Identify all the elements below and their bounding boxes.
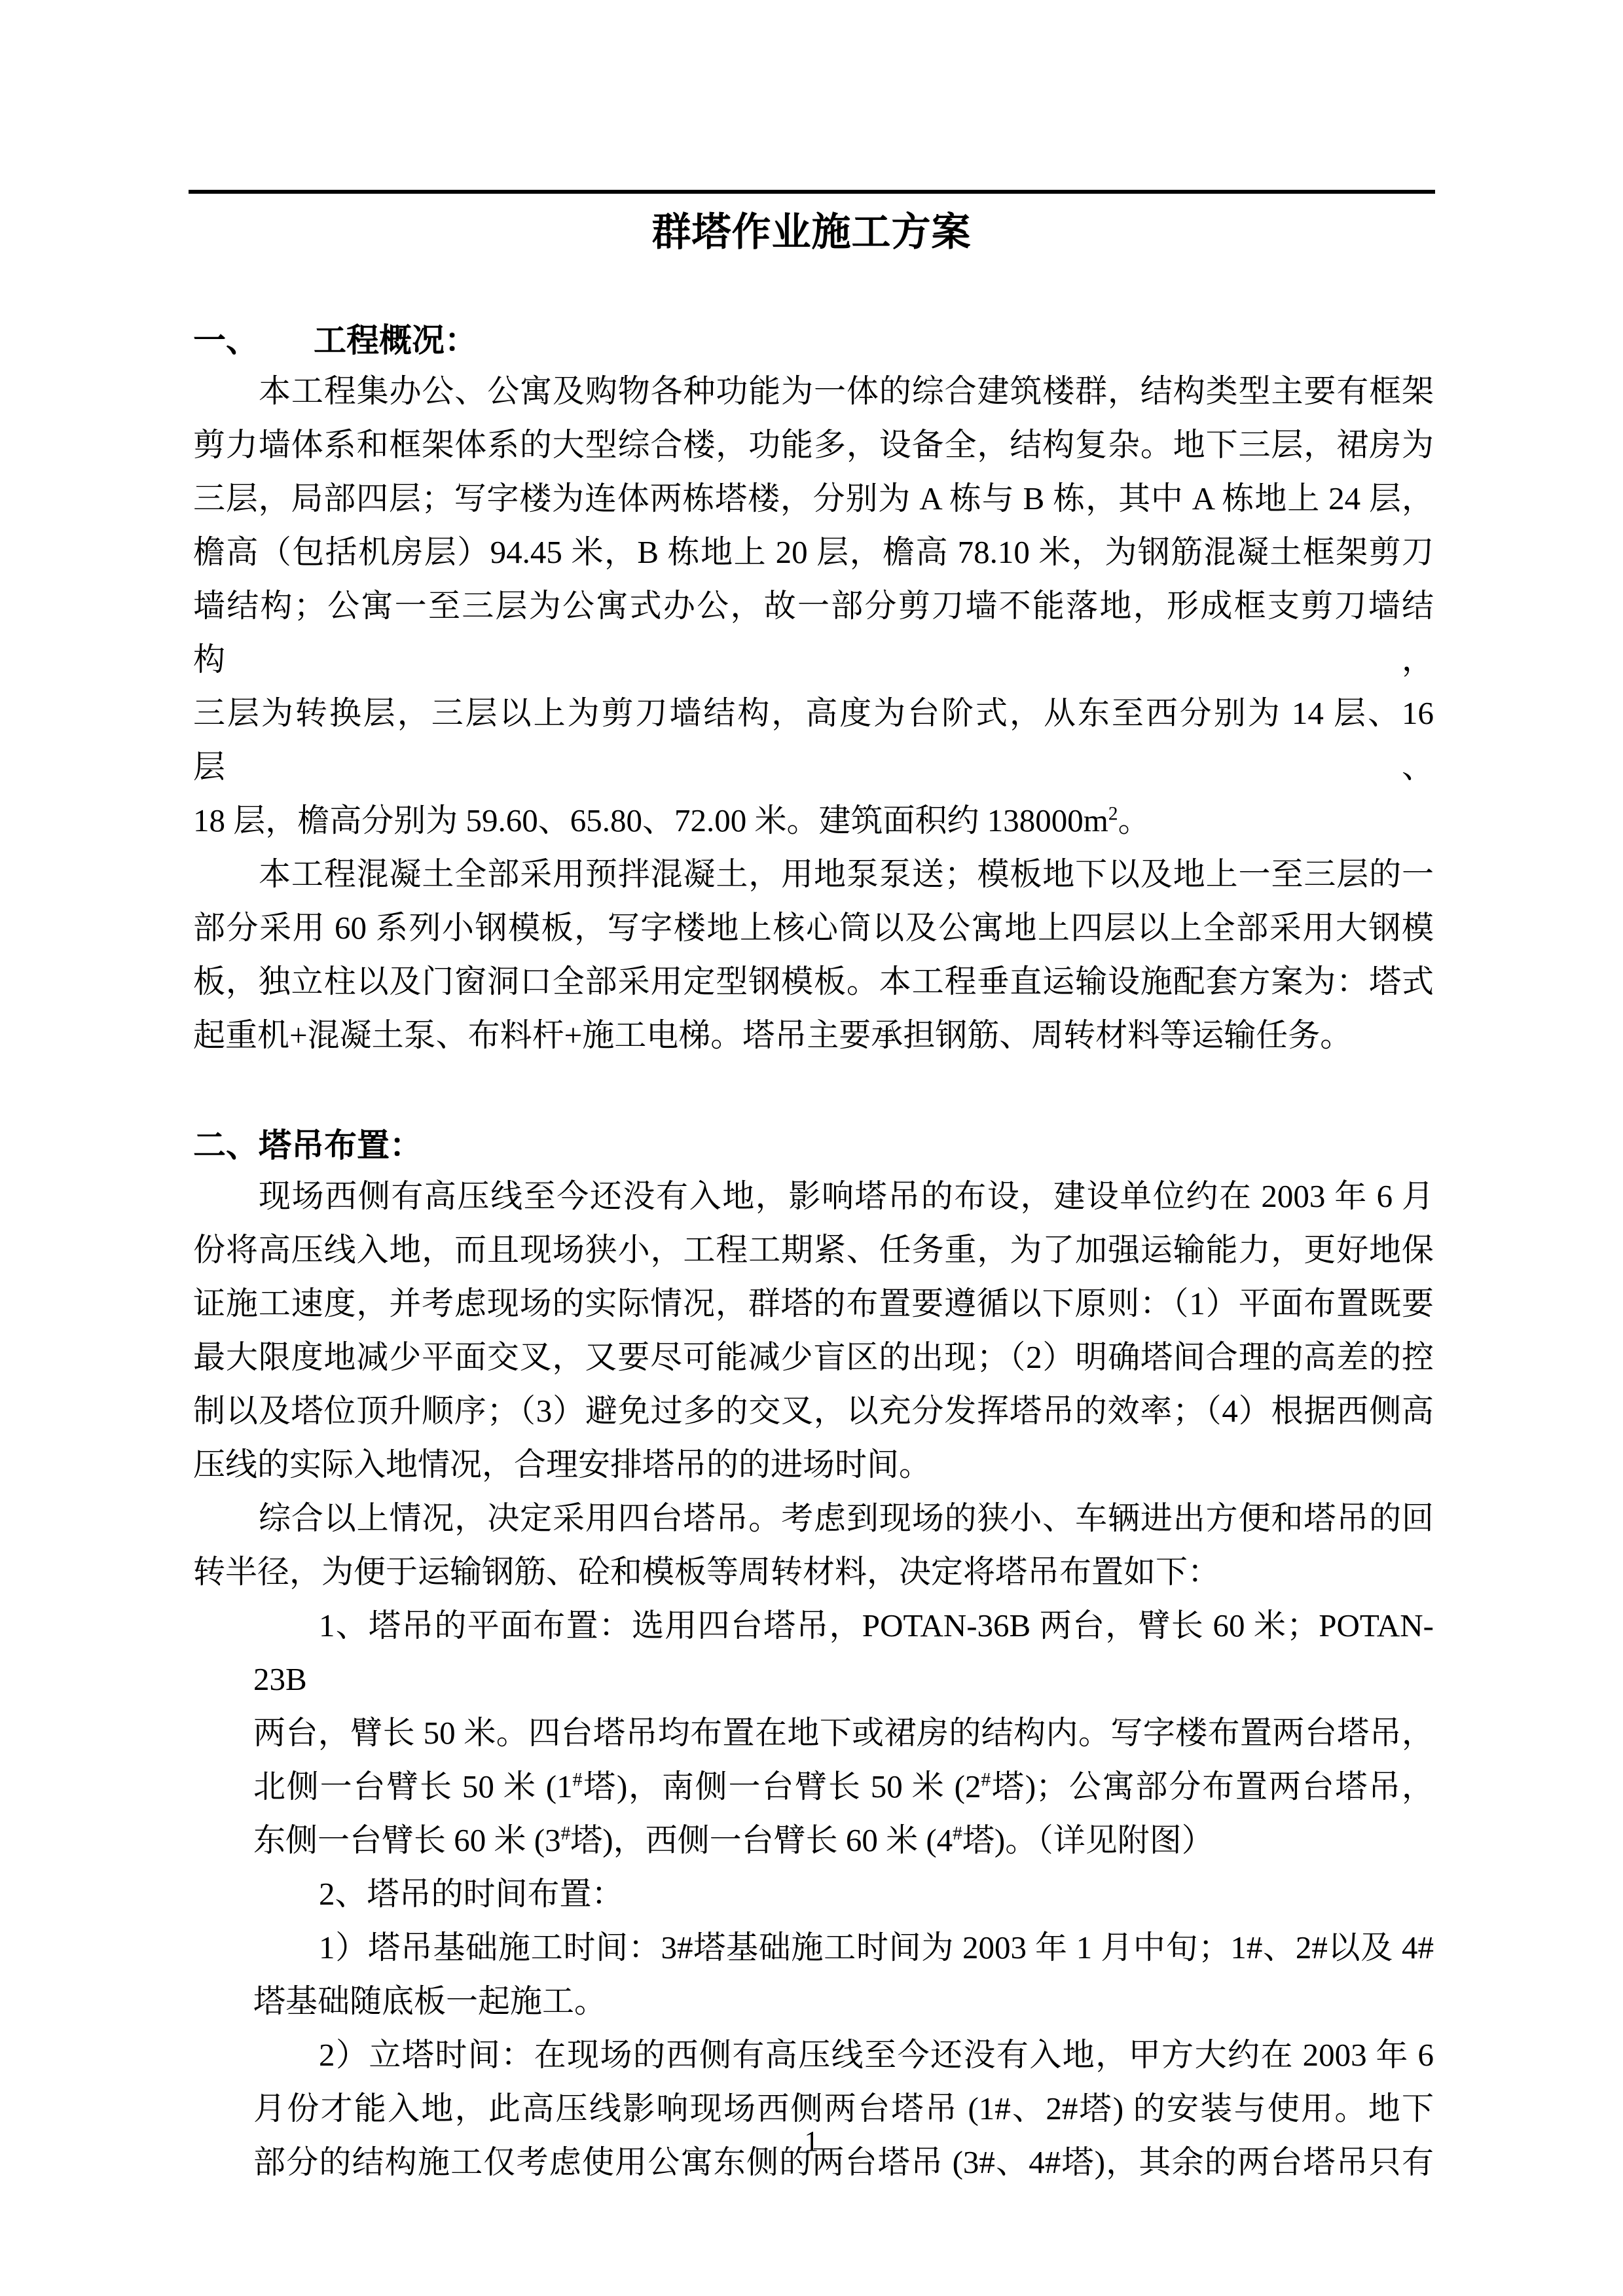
paragraph-line: 三层，局部四层；写字楼为连体两栋塔楼，分别为 A 栋与 B 栋，其中 A 栋地上… <box>193 472 1434 526</box>
paragraph-line: 2、塔吊的时间布置： <box>193 1867 1434 1921</box>
paragraph: 2、塔吊的时间布置： <box>193 1867 1434 1921</box>
paragraph-line: 墙结构；公寓一至三层为公寓式办公，故一部分剪刀墙不能落地，形成框支剪刀墙结构， <box>193 579 1434 687</box>
section-number: 一、 <box>193 321 314 359</box>
section-heading: 一、工程概况： <box>193 321 1434 359</box>
section: 一、工程概况：本工程集办公、公寓及购物各种功能为一体的综合建筑楼群，结构类型主要… <box>193 321 1434 1062</box>
page-number: 1 <box>0 2125 1623 2159</box>
paragraph-line: 本工程集办公、公寓及购物各种功能为一体的综合建筑楼群，结构类型主要有框架 <box>193 365 1434 418</box>
paragraph-line: 18 层，檐高分别为 59.60、65.80、72.00 米。建筑面积约 138… <box>193 794 1434 848</box>
paragraph-line: 板，独立柱以及门窗洞口全部采用定型钢模板。本工程垂直运输设施配套方案为：塔式 <box>193 955 1434 1009</box>
paragraph-line: 2）立塔时间：在现场的西侧有高压线至今还没有入地，甲方大约在 2003 年 6 <box>193 2028 1434 2082</box>
paragraph-line: 现场西侧有高压线至今还没有入地，影响塔吊的布设，建设单位约在 2003 年 6 … <box>193 1170 1434 1223</box>
paragraph-line: 北侧一台臂长 50 米 (1#塔)，南侧一台臂长 50 米 (2#塔)；公寓部分… <box>193 1760 1434 1814</box>
document-body: 一、工程概况：本工程集办公、公寓及购物各种功能为一体的综合建筑楼群，结构类型主要… <box>193 321 1434 2189</box>
paragraph-line: 本工程混凝土全部采用预拌混凝土，用地泵泵送；模板地下以及地上一至三层的一 <box>193 848 1434 901</box>
paragraph-line: 证施工速度，并考虑现场的实际情况，群塔的布置要遵循以下原则：（1）平面布置既要 <box>193 1277 1434 1331</box>
superscript-mark: # <box>953 1823 962 1844</box>
section: 二、塔吊布置：现场西侧有高压线至今还没有入地，影响塔吊的布设，建设单位约在 20… <box>193 1126 1434 2189</box>
paragraph-line: 东侧一台臂长 60 米 (3#塔)，西侧一台臂长 60 米 (4#塔)。（详见附… <box>193 1814 1434 1867</box>
paragraph-line: 1）塔吊基础施工时间：3#塔基础施工时间为 2003 年 1 月中旬；1#、2#… <box>193 1921 1434 1975</box>
paragraph-line: 三层为转换层，三层以上为剪刀墙结构，高度为台阶式，从东至西分别为 14 层、16… <box>193 687 1434 794</box>
paragraph-line: 压线的实际入地情况，合理安排塔吊的的进场时间。 <box>193 1438 1434 1492</box>
document-page: 群塔作业施工方案 一、工程概况：本工程集办公、公寓及购物各种功能为一体的综合建筑… <box>0 0 1623 2296</box>
paragraph: 2）立塔时间：在现场的西侧有高压线至今还没有入地，甲方大约在 2003 年 6月… <box>193 2028 1434 2189</box>
superscript-mark: 2 <box>1108 804 1118 825</box>
paragraph-line: 剪力墙体系和框架体系的大型综合楼，功能多，设备全，结构复杂。地下三层，裙房为 <box>193 418 1434 472</box>
paragraph-line: 塔基础随底板一起施工。 <box>193 1975 1434 2028</box>
paragraph-line: 起重机+混凝土泵、布料杆+施工电梯。塔吊主要承担钢筋、周转材料等运输任务。 <box>193 1009 1434 1062</box>
paragraph: 综合以上情况，决定采用四台塔吊。考虑到现场的狭小、车辆进出方便和塔吊的回转半径，… <box>193 1492 1434 1599</box>
section-heading-text: 塔吊布置： <box>259 1127 422 1164</box>
header-rule <box>189 190 1435 194</box>
paragraph-line: 最大限度地减少平面交叉，又要尽可能减少盲区的出现；（2）明确塔间合理的高差的控 <box>193 1331 1434 1384</box>
section-heading-text: 工程概况： <box>314 322 477 359</box>
section-heading: 二、塔吊布置： <box>193 1126 1434 1164</box>
paragraph-line: 转半径，为便于运输钢筋、砼和模板等周转材料，决定将塔吊布置如下： <box>193 1545 1434 1599</box>
paragraph: 现场西侧有高压线至今还没有入地，影响塔吊的布设，建设单位约在 2003 年 6 … <box>193 1170 1434 1492</box>
paragraph: 1）塔吊基础施工时间：3#塔基础施工时间为 2003 年 1 月中旬；1#、2#… <box>193 1921 1434 2028</box>
paragraph-line: 1、塔吊的平面布置：选用四台塔吊，POTAN-36B 两台，臂长 60 米；PO… <box>193 1599 1434 1706</box>
superscript-mark: # <box>573 1770 583 1791</box>
superscript-mark: # <box>561 1823 571 1844</box>
paragraph: 本工程集办公、公寓及购物各种功能为一体的综合建筑楼群，结构类型主要有框架剪力墙体… <box>193 365 1434 848</box>
paragraph: 本工程混凝土全部采用预拌混凝土，用地泵泵送；模板地下以及地上一至三层的一部分采用… <box>193 848 1434 1062</box>
document-title: 群塔作业施工方案 <box>0 208 1623 257</box>
paragraph-line: 制以及塔位顶升顺序；（3）避免过多的交叉，以充分发挥塔吊的效率；（4）根据西侧高 <box>193 1384 1434 1438</box>
paragraph: 1、塔吊的平面布置：选用四台塔吊，POTAN-36B 两台，臂长 60 米；PO… <box>193 1599 1434 1867</box>
paragraph-line: 份将高压线入地，而且现场狭小，工程工期紧、任务重，为了加强运输能力，更好地保 <box>193 1223 1434 1277</box>
paragraph-line: 两台，臂长 50 米。四台塔吊均布置在地下或裙房的结构内。写字楼布置两台塔吊， <box>193 1706 1434 1760</box>
section-number: 二、 <box>193 1127 259 1164</box>
paragraph-line: 檐高（包括机房层）94.45 米，B 栋地上 20 层，檐高 78.10 米，为… <box>193 526 1434 579</box>
superscript-mark: # <box>981 1770 991 1791</box>
paragraph-line: 综合以上情况，决定采用四台塔吊。考虑到现场的狭小、车辆进出方便和塔吊的回 <box>193 1492 1434 1545</box>
paragraph-line: 部分采用 60 系列小钢模板，写字楼地上核心筒以及公寓地上四层以上全部采用大钢模 <box>193 901 1434 955</box>
